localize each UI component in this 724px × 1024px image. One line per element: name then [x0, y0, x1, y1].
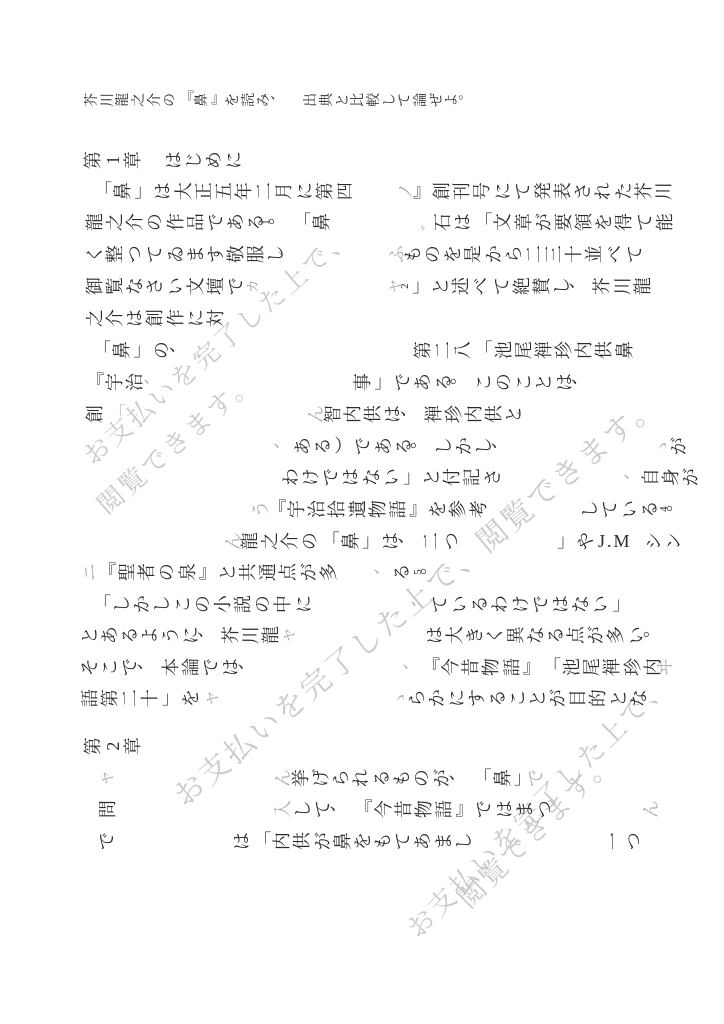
text-run: ているわけではない」 — [430, 594, 632, 615]
text-run: そこで、本論では、 — [80, 657, 261, 678]
text-run: 龍之介の作品である — [85, 212, 266, 233]
text-run: シン — [644, 531, 684, 552]
clipped-char-fragment: ヰ — [655, 657, 675, 678]
clipped-char-fragment: 、 — [147, 372, 167, 393]
clipped-char-fragment: ャ — [201, 688, 221, 709]
text-run: は大きく異なる点が多い。 — [425, 625, 667, 646]
clipped-char-fragment: ャ — [278, 625, 298, 646]
text-run: 」や — [556, 531, 596, 552]
text-run: 「鼻」は大正五年二月に第四 — [93, 181, 355, 202]
text-run: 語第二十」を — [80, 688, 201, 709]
clipped-char-fragment: ヵ — [241, 276, 261, 297]
text-run: 龍之介の「鼻」は、二つ — [240, 531, 462, 552]
clipped-char-fragment: ゛ — [196, 340, 216, 361]
text-run: 事」である。このことは、 — [353, 372, 595, 393]
text-run: とあるように、芥川龍 — [80, 625, 282, 646]
text-run: 2 — [399, 280, 411, 292]
text-run: 。「鼻 — [272, 212, 332, 233]
text-run: 「鼻」の、 — [92, 340, 193, 361]
text-run: 」と述べて絶賛し、芥川龍 — [411, 276, 653, 297]
clipped-char-fragment: 入 — [273, 799, 293, 820]
text-run: く整つてゐます敬服し — [85, 244, 287, 265]
text-run: 『聖者の泉』と共通点が多 — [97, 562, 339, 583]
text-run: る — [392, 562, 412, 583]
text-run: 之介は創作に対 — [85, 308, 226, 329]
chapter2-heading: 第2章 — [83, 736, 143, 757]
chapter1-heading: 第1章 はじめに — [83, 150, 244, 171]
text-run: 一つ — [604, 831, 644, 852]
text-run: 智内供は、禅珍内供と — [323, 404, 525, 425]
text-run: 『宇治拾遺物語』を参考 — [267, 499, 489, 520]
clipped-char-fragment: ャ — [96, 768, 116, 789]
text-run: 問 — [98, 799, 118, 820]
text-run: 創 — [85, 404, 105, 425]
text-run: 自身が — [641, 467, 701, 488]
text-run: 御覧なさい文壇で — [85, 276, 246, 297]
text-run: J.M — [597, 531, 631, 552]
text-run: 石は「文章が要領を得て能 — [433, 212, 675, 233]
clipped-char-fragment: 、 — [628, 340, 648, 361]
text-run: 第二八「池尾禅珍内供鼻 — [413, 340, 635, 361]
document-page: お支払いを完了した上で、閲覧できます。お支払いを完了した上で、閲覧できます。お支… — [0, 0, 724, 1024]
text-run: わけではない」と付記さ — [281, 467, 503, 488]
text-run: している — [580, 499, 661, 520]
clipped-char-fragment: 「 — [107, 404, 127, 425]
text-run: ある）である。しかし、 — [293, 436, 515, 457]
text-run: 『宇治 — [85, 372, 145, 393]
document-title: 芥川龍之介の『鼻』を読み、 出典と比較して論ぜよ。 — [85, 92, 477, 108]
text-run: 』創刊号にて発表された芥川 — [412, 181, 674, 202]
watermark-text: 閲覧できます。 — [447, 741, 622, 916]
text-run: は「内供が鼻をもてあまし — [232, 831, 474, 852]
clipped-char-fragment: ん — [641, 799, 661, 820]
clipped-char-fragment: 、 — [519, 404, 539, 425]
text-run: 。 — [670, 499, 690, 520]
text-run: 『今昔物語』「池尾禅珍内 — [421, 657, 663, 678]
text-run: 。 — [424, 562, 444, 583]
text-run: して、『今昔物語』ではまつ — [293, 799, 555, 820]
text-run: ものを是から二三十並べて — [403, 244, 645, 265]
text-run: 挙げられるものが、「鼻」 — [291, 768, 533, 789]
text-run: 「しかしこの小説の中に — [92, 594, 314, 615]
text-run: らかにすることが目的とな — [407, 688, 649, 709]
clipped-char-fragment: 、 — [281, 244, 301, 265]
text-run: で — [97, 831, 117, 852]
text-run: が — [669, 436, 689, 457]
clipped-char-fragment: で — [526, 768, 546, 789]
clipped-char-fragment: 、 — [481, 499, 501, 520]
